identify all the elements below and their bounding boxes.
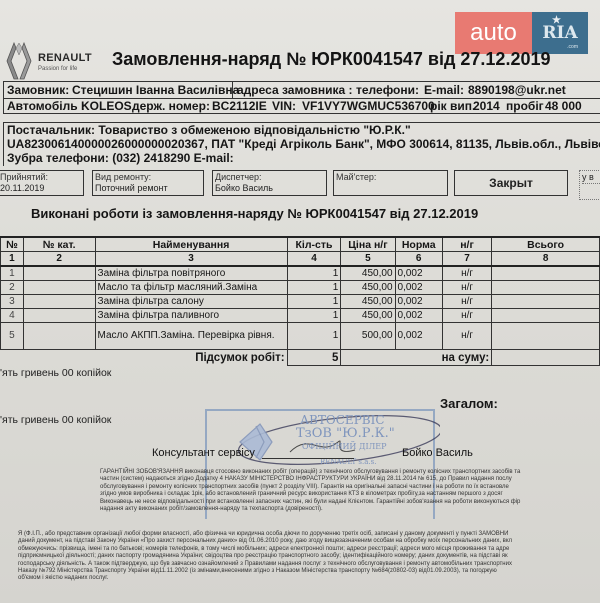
status-badge: Закрыт xyxy=(454,170,568,196)
row-catalog xyxy=(23,281,95,295)
col-price: Ціна н/г xyxy=(341,237,395,252)
customer-name: Стецишин Іванна Василівна xyxy=(72,82,239,98)
page-title: Замовлення-наряд № ЮРК0041547 від 27.12.… xyxy=(112,49,551,70)
row-norm: 0,002 xyxy=(395,266,442,281)
row-price: 450,00 xyxy=(341,266,395,281)
dispatcher-name: Бойко Василь xyxy=(215,183,324,194)
signature-line xyxy=(262,458,354,459)
row-catalog xyxy=(23,323,95,350)
star-icon: ★ xyxy=(552,15,561,26)
row-name: Масло АКПП.Заміна. Перевірка рівня. xyxy=(95,323,287,350)
subtotal-label: Підсумок робіт: xyxy=(1,350,288,366)
sum-in-words-1: 'ять гривень 00 копійок xyxy=(0,367,111,379)
watermark-auto: auto xyxy=(455,12,532,54)
works-table: № № кат. Найменування Кіл-сть Ціна н/г Н… xyxy=(0,236,600,366)
row-unit: н/г xyxy=(442,323,491,350)
table-row: 1Заміна фільтра повітряного1450,000,002н… xyxy=(1,266,600,281)
table-row: 5Масло АКПП.Заміна. Перевірка рівня.1500… xyxy=(1,323,600,350)
stamp-line-3: ОФІЦІЙНИЙ ДІЛЕР xyxy=(302,442,387,451)
extra-box: у в xyxy=(579,170,600,200)
renault-logo-icon xyxy=(6,42,32,80)
stamp-line-4: RENAULT s.a.s. xyxy=(320,458,376,466)
subtotal-row: Підсумок робіт: 5 на суму: xyxy=(1,350,600,366)
table-header: № № кат. Найменування Кіл-сть Ціна н/г Н… xyxy=(1,237,600,252)
brand-tagline: Passion for life xyxy=(38,66,77,72)
consultant-label: Консультант сервісу xyxy=(152,447,255,459)
supplier-line-3: Зубра телефони: (032) 2418290 E-mail: xyxy=(7,151,600,165)
row-price: 450,00 xyxy=(341,281,395,295)
row-price: 450,00 xyxy=(341,295,395,309)
repair-type-box: Вид ремонту: Поточний ремонт xyxy=(92,170,204,196)
row-qty: 1 xyxy=(287,266,341,281)
phones-label: телефони: xyxy=(356,82,419,98)
sum-in-words-2: 'ять гривень 00 копійок xyxy=(0,414,111,426)
customer-row: Замовник: Стецишин Іванна Василівна адре… xyxy=(4,82,600,99)
consultant-name: Бойко Василь xyxy=(402,447,473,459)
row-unit: н/г xyxy=(442,309,491,323)
row-number: 1 xyxy=(1,266,24,281)
vehicle-row: Автомобіль : KOLEOS держ. номер: BC2112I… xyxy=(4,98,600,114)
row-qty: 1 xyxy=(287,309,341,323)
row-total xyxy=(492,323,600,350)
email-label: E-mail: xyxy=(424,82,464,98)
supplier-line-1: Постачальник: Товариство з обмеженою від… xyxy=(7,123,600,137)
warranty-text: ГАРАНТІЙНІ ЗОБОВ'ЯЗАННЯ виконавця стосов… xyxy=(100,469,520,513)
autoria-watermark: auto ★ RIA .com xyxy=(455,12,588,54)
row-qty: 1 xyxy=(287,323,341,350)
row-unit: н/г xyxy=(442,295,491,309)
repair-type: Поточний ремонт xyxy=(95,183,201,194)
table-row: 2 Масло та фільтр масляний.Заміна1450,00… xyxy=(1,281,600,295)
subtotal-count: 5 xyxy=(287,350,341,366)
row-number: 5 xyxy=(1,323,24,350)
stamp-line-2: ТзОВ "Ю.Р.К." xyxy=(296,426,395,441)
accepted-box: Прийнятий: 20.11.2019 xyxy=(0,170,84,196)
row-name: Заміна фільтра салону xyxy=(95,295,287,309)
row-catalog xyxy=(23,295,95,309)
column-numbers-row: 1 2 3 4 5 6 7 8 xyxy=(1,252,600,267)
col-no: № xyxy=(1,237,24,252)
row-catalog xyxy=(23,309,95,323)
row-norm: 0,002 xyxy=(395,323,442,350)
row-total xyxy=(492,281,600,295)
col-norm: Норма xyxy=(395,237,442,252)
supplier-line-2: UA823006140000026000000020367, ПАТ "Кред… xyxy=(7,137,600,151)
works-title: Виконані роботи із замовлення-наряду № Ю… xyxy=(31,206,478,221)
mileage-label: пробіг xyxy=(506,98,544,114)
watermark-ria: ★ RIA .com xyxy=(532,12,588,54)
vin-label: VIN: xyxy=(272,98,296,114)
master-box: Май'стер: xyxy=(333,170,448,196)
sum-label: на суму: xyxy=(341,350,492,366)
col-cat: № кат. xyxy=(23,237,95,252)
row-qty: 1 xyxy=(287,281,341,295)
row-unit: н/г xyxy=(442,281,491,295)
car-model: KOLEOS xyxy=(81,98,132,114)
plate-number: BC2112IE xyxy=(212,98,267,114)
overall-label: Загалом: xyxy=(440,396,498,411)
consent-text: Я (Ф.І.П., або представник організації л… xyxy=(18,531,512,583)
plate-label: держ. номер: xyxy=(132,98,210,114)
year-value: 2014 xyxy=(473,98,500,114)
address-label: адреса замовника : xyxy=(237,82,353,98)
row-catalog xyxy=(23,266,95,281)
row-norm: 0,002 xyxy=(395,281,442,295)
dispatcher-box: Диспетчер: Бойко Василь xyxy=(212,170,327,196)
row-price: 450,00 xyxy=(341,309,395,323)
col-total: Всього xyxy=(492,237,600,252)
row-total xyxy=(492,295,600,309)
sum-value xyxy=(492,350,600,366)
customer-box: Замовник: Стецишин Іванна Василівна адре… xyxy=(3,81,600,114)
row-norm: 0,002 xyxy=(395,295,442,309)
vin-number: VF1VY7WGMUC536700 xyxy=(302,98,435,114)
customer-label: Замовник: xyxy=(7,82,69,98)
row-unit: н/г xyxy=(442,266,491,281)
row-qty: 1 xyxy=(287,295,341,309)
supplier-box: Постачальник: Товариство з обмеженою від… xyxy=(3,122,600,166)
car-label: Автомобіль : xyxy=(7,98,85,114)
row-price: 500,00 xyxy=(341,323,395,350)
col-qty: Кіл-сть xyxy=(287,237,341,252)
table-row: 3Заміна фільтра салону1450,000,002н/г xyxy=(1,295,600,309)
col-name: Найменування xyxy=(95,237,287,252)
brand-name: RENAULT xyxy=(38,52,92,64)
row-number: 2 xyxy=(1,281,24,295)
row-name: Масло та фільтр масляний.Заміна xyxy=(95,281,287,295)
row-norm: 0,002 xyxy=(395,309,442,323)
year-label: рік вип. xyxy=(430,98,475,114)
stamp-line-1: АВТОСЕРВІС xyxy=(300,413,385,427)
row-number: 3 xyxy=(1,295,24,309)
table-row: 4Заміна фільтра паливного1450,000,002н/г xyxy=(1,309,600,323)
row-number: 4 xyxy=(1,309,24,323)
row-name: Заміна фільтра паливного xyxy=(95,309,287,323)
row-total xyxy=(492,266,600,281)
row-name: Заміна фільтра повітряного xyxy=(95,266,287,281)
divider xyxy=(232,82,233,98)
accepted-date: 20.11.2019 xyxy=(0,183,81,194)
col-unit: н/г xyxy=(442,237,491,252)
mileage-value: 48 000 xyxy=(545,98,582,114)
customer-email: 8890198@ukr.net xyxy=(468,82,566,98)
row-total xyxy=(492,309,600,323)
